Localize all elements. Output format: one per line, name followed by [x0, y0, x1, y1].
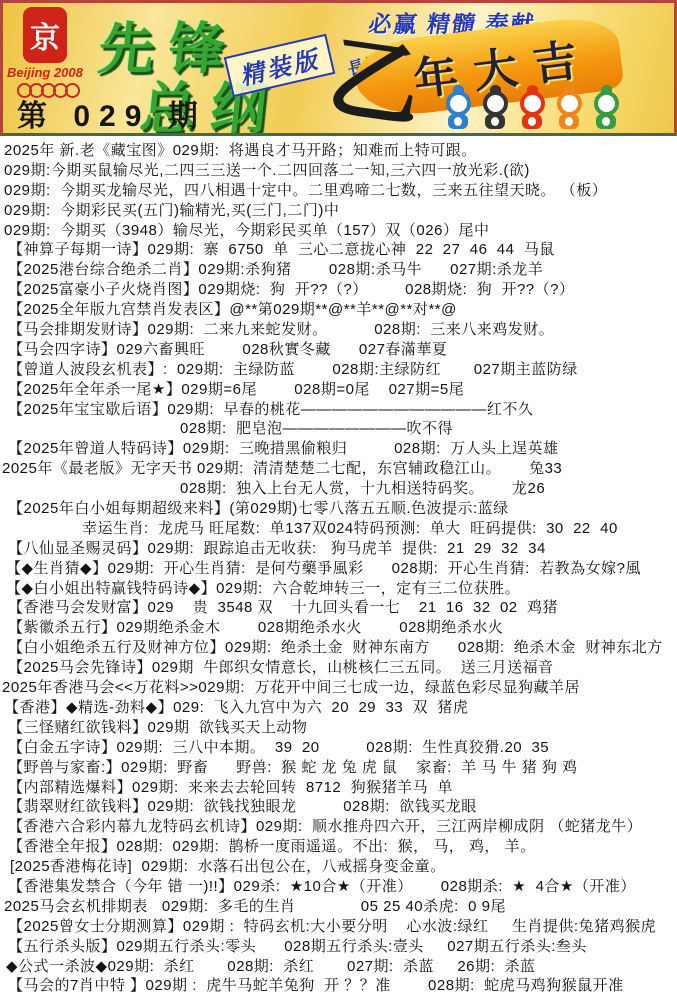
text-line: 【马会排期发财诗】029期: 二来九来蛇发财。 028期: 三来八来鸡发财。: [0, 320, 677, 340]
text-line: 【马会的7肖中特 】029期 : 虎牛马蛇羊兔狗 开 ？？准 028期: 蛇虎马…: [0, 976, 677, 996]
text-line: 029期: 今期彩民买(五门)输精光,买(三门,二门)中: [0, 201, 677, 221]
text-line: 【白小姐绝杀五行及财神方位】029期: 绝杀土金 财神东南方 028期: 绝杀木…: [0, 638, 677, 658]
text-line: 2025年 新.老《藏宝图》029期: 将遇良才马开路；知难而上特可跟。: [0, 141, 677, 161]
fuwa-beibei-icon: [441, 85, 476, 131]
text-line: 2025年香港马会<<万花料>>029期: 万花开中间三七成一边，绿蓝色彩尽显狗…: [0, 678, 677, 698]
fuwa-huanhuan-icon: [515, 85, 550, 131]
text-line: 【香港】◆精选-劲料◆】029: 飞入九宫中为六 20 29 33 双 猪虎: [0, 698, 677, 718]
issue-number: 第 029 期: [17, 91, 207, 135]
text-line: 028期: 独入上台无人赏，十九相送特码奖。 龙26: [0, 479, 677, 499]
text-line: 【◆白小姐出特赢钱特码诗◆】029期: 六合乾坤转三一，定有三二位获胜。: [0, 579, 677, 599]
text-line: 【香港马会发财富】029 贵 3548 双 十九回头看一七 21 16 32 0…: [0, 598, 677, 618]
text-line: 2025马会玄机排期表 029期: 多毛的生肖 05 25 40杀虎: 0 9尾: [0, 897, 677, 917]
text-line: 【香港集发禁合（今年 错 一)!!】029杀: ★10合★（开准） 028期杀:…: [0, 877, 677, 897]
fuwa-beibei-head: [446, 91, 471, 116]
text-line: ◆公式一杀波◆029期: 杀红 028期: 杀红 027期: 杀蓝 26期: 杀…: [0, 957, 677, 977]
fuwa-yingying-head: [557, 91, 582, 116]
text-line: 【2025富豪小子火烧肖图】029期烧: 狗 开??（?） 028期烧: 狗 开…: [0, 280, 677, 300]
text-line: 【三怪赌红欲钱料】029期 欲钱买天上动物: [0, 718, 677, 738]
text-line: 幸运生肖: 龙虎马 旺尾数: 单137双024特码预测: 单大 旺码提供: 30…: [0, 519, 677, 539]
fuwa-beibei-belly: [454, 117, 462, 126]
text-line: 【2025马会先锋诗】029期 牛郎织女情意长，山桃核仁三五同。 送三月送福音: [0, 658, 677, 678]
text-line: 【曾道人波段玄机表】: 029期: 主绿防蓝 028期:主绿防红 027期主蓝防…: [0, 360, 677, 380]
text-line: 【2025港台综合绝杀二肖】029期:杀狗猪 028期:杀马牛 027期:杀龙羊: [0, 260, 677, 280]
text-line: 【香港全年报】028期: 029期: 鹊桥一度雨遥遥。不出: 猴， 马， 鸡， …: [0, 837, 677, 857]
content-lines: 2025年 新.老《藏宝图》029期: 将遇良才马开路；知难而上特可跟。029期…: [0, 136, 677, 996]
text-line: 【2025年白小姐每期超级来料】(第029期)七零八落五五顺.色波提示:蓝绿: [0, 499, 677, 519]
fuwa-huanhuan-belly: [528, 117, 536, 126]
masthead: 京 Beijing 2008 先锋 总纲 精装版 必赢 精髓 奉献 長跟 年大吉…: [0, 0, 677, 136]
text-line: 029期:今期买鼠输尽光,二四三三送一个.二四回落二一知,三六四一放光彩.(欲): [0, 161, 677, 181]
text-line: 【2025年全年杀一尾★】029期=6尾 028期=0尾 027期=5尾: [0, 380, 677, 400]
text-line: 【2025曾女士分期测算】029期 : 特码玄机:大小要分明 心水波:绿红 生肖…: [0, 917, 677, 937]
text-line: 029期: 今期买龙输尽光，四八相遇十定中。二里鸡啼二七数，三来五往望天晓。 （…: [0, 181, 677, 201]
fuwa-huanhuan-head: [520, 91, 545, 116]
text-line: 【白金五字诗】029期: 三八中本期。 39 20 028期: 生性真狡猾.20…: [0, 738, 677, 758]
beijing-2008-caption: Beijing 2008: [7, 65, 99, 80]
text-line: 2025年《最老版》无字天书 029期: 清清楚楚二七配，东宫辅政稳江山。 兔3…: [0, 459, 677, 479]
text-line: 【香港六合彩内幕九龙特码玄机诗】029期: 顺水推舟四六开，三江两岸柳成阴 （蛇…: [0, 817, 677, 837]
fuwa-jingjing-icon: [478, 85, 513, 131]
text-line: 【八仙显圣赐灵码】029期: 跟踪追击无收获: 狗马虎羊 提供: 21 29 3…: [0, 539, 677, 559]
olympic-seal-icon: 京: [23, 7, 67, 63]
lottery-tip-sheet: 京 Beijing 2008 先锋 总纲 精装版 必赢 精髓 奉献 長跟 年大吉…: [0, 0, 677, 998]
fuwa-jingjing-belly: [491, 117, 499, 126]
text-line: 【马会四字诗】029六畜興旺 028秋實冬藏 027春滿華夏: [0, 340, 677, 360]
text-line: 【野兽与家畜:】029期: 野畜 野兽: 猴 蛇 龙 兔 虎 鼠 家畜: 羊 马…: [0, 758, 677, 778]
text-line: 【神算子每期一诗】029期: 寨 6750 单 三心二意拢心神 22 27 46…: [0, 240, 677, 260]
text-line: 【五行杀头版】029期五行杀头:零头 028期五行杀头:壹头 027期五行杀头:…: [0, 937, 677, 957]
fuwa-jingjing-head: [483, 91, 508, 116]
fuwa-nini-belly: [602, 117, 610, 126]
text-line: 【2025年曾道人特码诗】029期: 三晚措黑偷粮归 028期: 万人头上逞英雄: [0, 439, 677, 459]
text-line: 【内部精选爆料】029期: 来来去去轮回转 8712 狗猴猪羊马 单: [0, 778, 677, 798]
text-line: 【◆生肖猜◆】029期: 开心生肖猜: 是何芍藥爭風彩 028期: 开心生肖猜:…: [0, 559, 677, 579]
text-line: 【翡翠财红欲钱料】029期: 欲钱找独眼龙 028期: 欲钱买龙眼: [0, 797, 677, 817]
text-line: 【2025年宝宝歇后语】029期: 早春的桃花————————————红不久: [0, 400, 677, 420]
fuwa-yingying-belly: [565, 117, 573, 126]
text-line: 028期: 肥皂泡————————吹不得: [0, 419, 677, 439]
text-line: 【2025全年版九宫禁肖发表区】@**第029期**@**羊**@**对**@: [0, 300, 677, 320]
fuwa-nini-icon: [589, 85, 624, 131]
seal-character: 京: [30, 13, 60, 57]
text-line: 029期: 今期买（3948）输尽光，今期彩民买单（157）双（026）尾中: [0, 221, 677, 241]
fuwa-yingying-icon: [552, 85, 587, 131]
fuwa-mascots: [441, 85, 626, 131]
text-line: 【紫徽杀五行】029期绝杀金木 028期绝杀水火 028期绝杀水火: [0, 618, 677, 638]
text-line: [2025香港梅花诗] 029期: 水落石出包公在，八戒摇身变金童。: [0, 857, 677, 877]
beijing-2008-emblem: 京 Beijing 2008: [7, 7, 99, 103]
brush-swoosh-icon: 乙: [323, 31, 427, 135]
fuwa-nini-head: [594, 91, 619, 116]
